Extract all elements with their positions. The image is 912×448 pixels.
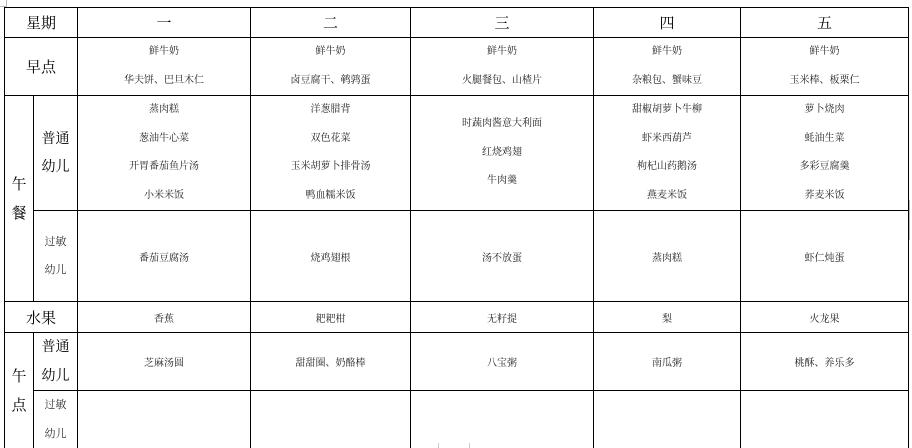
menu-item: 鲜牛奶 [411, 38, 593, 67]
menu-item: 红烧鸡翅 [411, 139, 593, 168]
fruit-label: 水果 [5, 302, 78, 333]
page-bottom-mark [438, 443, 470, 448]
snack-regular-label: 普通 幼儿 [34, 333, 78, 391]
menu-item: 燕麦米饭 [594, 182, 740, 211]
menu-item: 玉米棒、板栗仁 [741, 67, 908, 96]
lunch-regular-row: 午 餐 普通 幼儿 蒸肉糕 葱油牛心菜 开胃番茄鱼片汤 小米米饭 洋葱腊背 双色… [5, 96, 909, 211]
snack-regular-row: 午 点 普通 幼儿 芝麻汤圆 甜甜圈、奶酪棒 八宝粥 南瓜粥 桃酥、养乐多 [5, 333, 909, 391]
snack-allergy-row: 过敏 幼儿 [5, 391, 909, 448]
lunch-allergy-cell-mon: 番茄豆腐汤 [78, 211, 251, 302]
fruit-cell-wed: 无籽提 [411, 302, 594, 333]
snack-allergy-label: 过敏 幼儿 [34, 391, 78, 448]
menu-item: 鲜牛奶 [741, 38, 908, 67]
breakfast-cell-tue: 鲜牛奶 卤豆腐干、鹌鹑蛋 [251, 38, 411, 96]
menu-item: 开胃番茄鱼片汤 [78, 153, 250, 182]
breakfast-row: 早点 鲜牛奶 华夫饼、巴旦木仁 鲜牛奶 卤豆腐干、鹌鹑蛋 鲜牛奶 火腿餐包、山楂… [5, 38, 909, 96]
lunch-allergy-cell-tue: 烧鸡翅根 [251, 211, 411, 302]
day-header-mon: 一 [78, 8, 251, 38]
lunch-regular-cell-wed: 时蔬肉酱意大利面 红烧鸡翅 牛肉羹 [411, 96, 594, 211]
lunch-allergy-cell-thu: 蒸肉糕 [594, 211, 741, 302]
snack-regular-cell-thu: 南瓜粥 [594, 333, 741, 391]
menu-item: 华夫饼、巴旦木仁 [78, 67, 250, 96]
menu-item: 虾米西葫芦 [594, 125, 740, 154]
breakfast-cell-wed: 鲜牛奶 火腿餐包、山楂片 [411, 38, 594, 96]
snack-allergy-cell-wed [411, 391, 594, 448]
lunch-regular-cell-fri: 萝卜烧肉 蚝油生菜 多彩豆腐羹 荞麦米饭 [741, 96, 909, 211]
lunch-allergy-row: 过敏 幼儿 番茄豆腐汤 烧鸡翅根 汤不放蛋 蒸肉糕 虾仁炖蛋 [5, 211, 909, 302]
menu-item: 时蔬肉酱意大利面 [411, 110, 593, 139]
menu-item: 洋葱腊背 [251, 96, 410, 125]
fruit-row: 水果 香蕉 耙耙柑 无籽提 梨 火龙果 [5, 302, 909, 333]
weekly-menu-table: 星期 一 二 三 四 五 早点 鲜牛奶 华夫饼、巴旦木仁 鲜牛奶 卤豆腐干、鹌鹑… [4, 7, 909, 448]
menu-item: 玉米胡萝卜排骨汤 [251, 153, 410, 182]
page-corner-mark [0, 0, 7, 7]
day-header-wed: 三 [411, 8, 594, 38]
menu-item: 杂粮包、蟹味豆 [594, 67, 740, 96]
breakfast-cell-fri: 鲜牛奶 玉米棒、板栗仁 [741, 38, 909, 96]
menu-item: 鲜牛奶 [251, 38, 410, 67]
menu-item: 火腿餐包、山楂片 [411, 67, 593, 96]
breakfast-cell-thu: 鲜牛奶 杂粮包、蟹味豆 [594, 38, 741, 96]
snack-regular-cell-mon: 芝麻汤圆 [78, 333, 251, 391]
lunch-regular-cell-mon: 蒸肉糕 葱油牛心菜 开胃番茄鱼片汤 小米米饭 [78, 96, 251, 211]
day-header-fri: 五 [741, 8, 909, 38]
snack-allergy-cell-mon [78, 391, 251, 448]
fruit-cell-thu: 梨 [594, 302, 741, 333]
snack-allergy-cell-thu [594, 391, 741, 448]
breakfast-label: 早点 [5, 38, 78, 96]
lunch-label: 午 餐 [5, 96, 34, 302]
menu-item: 多彩豆腐羹 [741, 153, 908, 182]
snack-regular-cell-tue: 甜甜圈、奶酪棒 [251, 333, 411, 391]
menu-item: 双色花菜 [251, 125, 410, 154]
menu-item: 枸杞山药鹅汤 [594, 153, 740, 182]
lunch-allergy-label: 过敏 幼儿 [34, 211, 78, 302]
lunch-regular-cell-tue: 洋葱腊背 双色花菜 玉米胡萝卜排骨汤 鸭血糯米饭 [251, 96, 411, 211]
lunch-regular-cell-thu: 甜椒胡萝卜牛柳 虾米西葫芦 枸杞山药鹅汤 燕麦米饭 [594, 96, 741, 211]
fruit-cell-mon: 香蕉 [78, 302, 251, 333]
snack-allergy-cell-tue [251, 391, 411, 448]
lunch-allergy-cell-wed: 汤不放蛋 [411, 211, 594, 302]
lunch-regular-label: 普通 幼儿 [34, 96, 78, 211]
menu-item: 蒸肉糕 [78, 96, 250, 125]
fruit-cell-tue: 耙耙柑 [251, 302, 411, 333]
menu-item: 甜椒胡萝卜牛柳 [594, 96, 740, 125]
menu-item: 小米米饭 [78, 182, 250, 211]
day-header-tue: 二 [251, 8, 411, 38]
menu-item: 鲜牛奶 [594, 38, 740, 67]
menu-item: 蚝油生菜 [741, 125, 908, 154]
day-header-thu: 四 [594, 8, 741, 38]
weekday-header: 星期 [5, 8, 78, 38]
lunch-allergy-cell-fri: 虾仁炖蛋 [741, 211, 909, 302]
snack-label: 午 点 [5, 333, 34, 448]
menu-item: 牛肉羹 [411, 167, 593, 196]
menu-item: 萝卜烧肉 [741, 96, 908, 125]
menu-item: 卤豆腐干、鹌鹑蛋 [251, 67, 410, 96]
header-row: 星期 一 二 三 四 五 [5, 8, 909, 38]
breakfast-cell-mon: 鲜牛奶 华夫饼、巴旦木仁 [78, 38, 251, 96]
snack-allergy-cell-fri [741, 391, 909, 448]
menu-item: 荞麦米饭 [741, 182, 908, 211]
fruit-cell-fri: 火龙果 [741, 302, 909, 333]
menu-item: 鸭血糯米饭 [251, 182, 410, 211]
menu-item: 葱油牛心菜 [78, 125, 250, 154]
snack-regular-cell-fri: 桃酥、养乐多 [741, 333, 909, 391]
menu-item: 鲜牛奶 [78, 38, 250, 67]
snack-regular-cell-wed: 八宝粥 [411, 333, 594, 391]
